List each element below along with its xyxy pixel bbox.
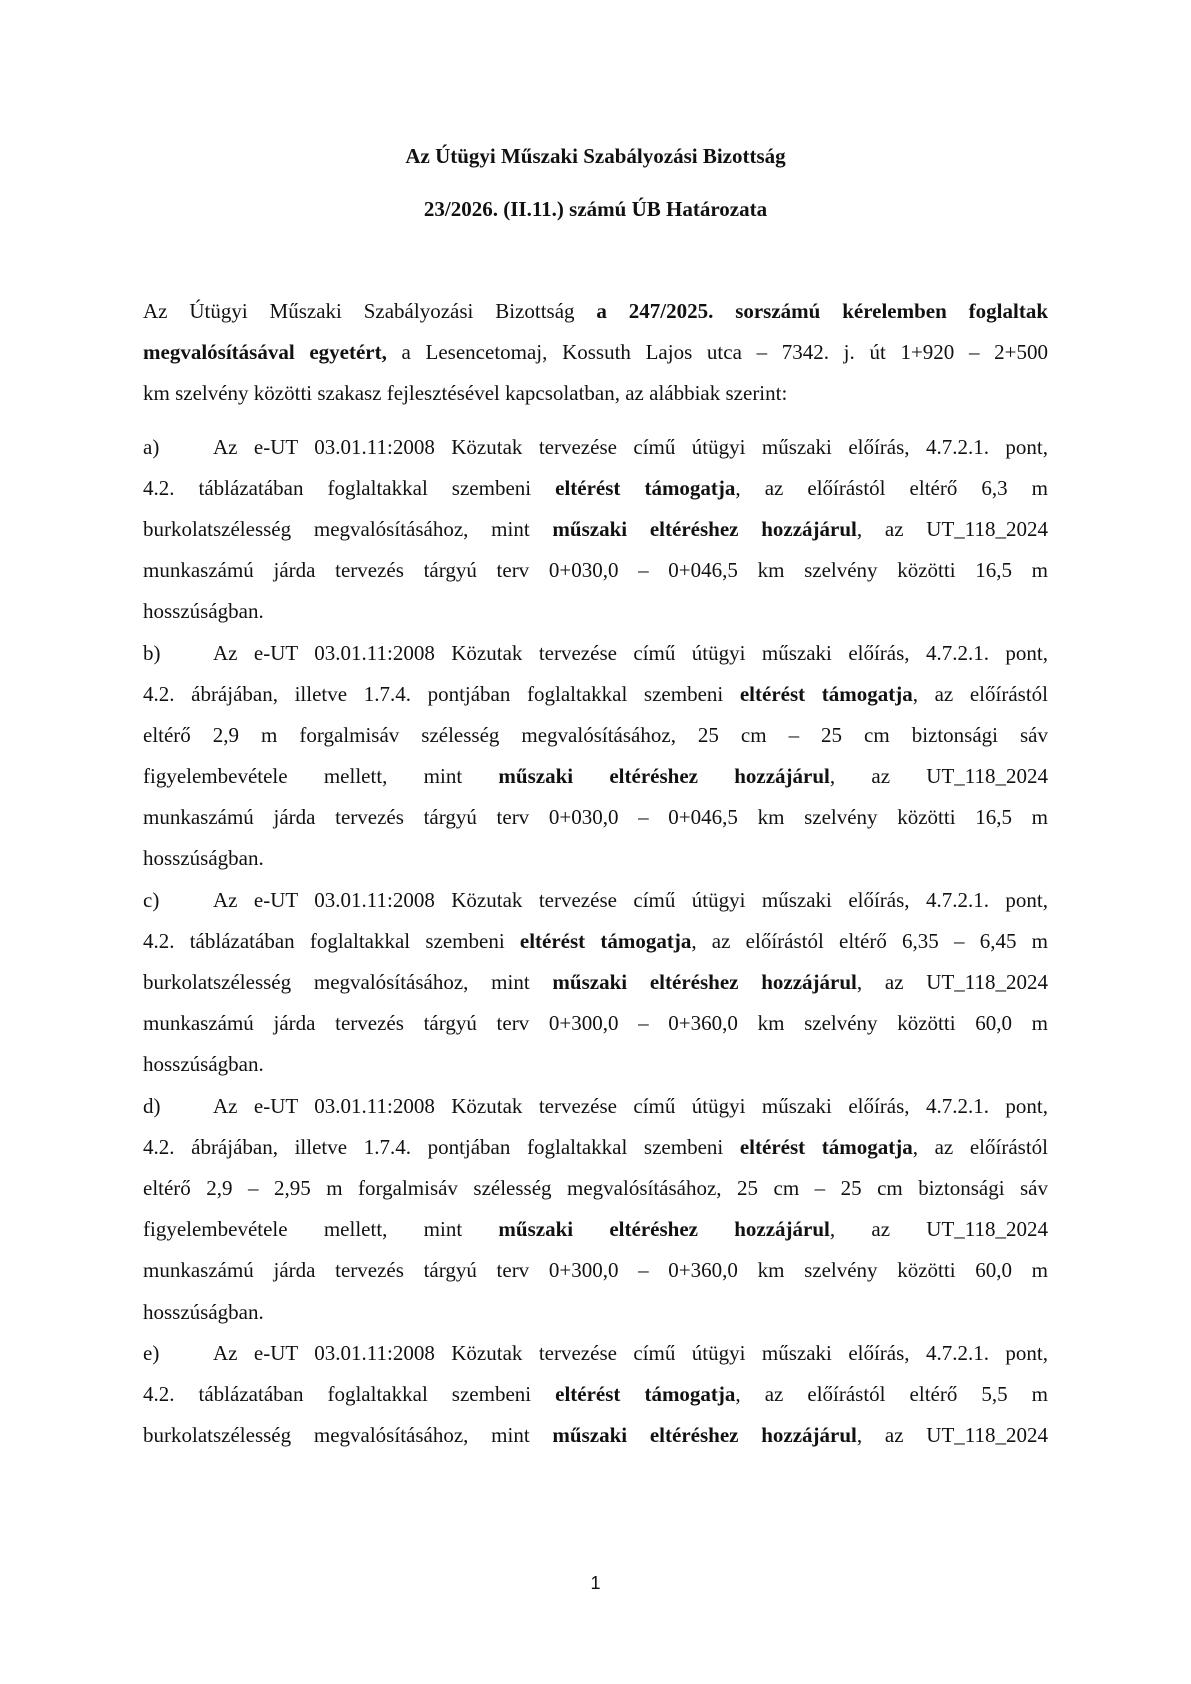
text: 4.2. táblázatában foglaltakkal szembeni: [143, 929, 520, 953]
text: 4.2. ábrájában, illetve 1.7.4. pontjában…: [143, 682, 740, 706]
text: burkolatszélesség megvalósításához, mint: [143, 970, 552, 994]
text-line: munkaszámú járda tervezés tárgyú terv 0+…: [143, 555, 1048, 596]
item-label: a): [143, 432, 213, 462]
text: figyelembevétele mellett, mint: [143, 1217, 498, 1241]
item-label: d): [143, 1091, 213, 1121]
text-line: eltérő 2,9 m forgalmisáv szélesség megva…: [143, 720, 1048, 761]
item-label: e): [143, 1338, 213, 1368]
text: figyelembevétele mellett, mint: [143, 764, 498, 788]
text: , az UT_118_2024: [857, 517, 1048, 541]
resolution-item-b: b)Az e-UT 03.01.11:2008 Közutak tervezés…: [143, 638, 1048, 885]
text-line: a)Az e-UT 03.01.11:2008 Közutak tervezés…: [143, 432, 1048, 473]
text-line: 4.2. táblázatában foglaltakkal szembeni …: [143, 473, 1048, 514]
text-line: burkolatszélesség megvalósításához, mint…: [143, 1420, 1048, 1461]
text-line: e)Az e-UT 03.01.11:2008 Közutak tervezés…: [143, 1338, 1048, 1379]
bold-text: eltérést támogatja: [740, 1135, 913, 1159]
text: hosszúságban.: [143, 1300, 264, 1324]
item-label: c): [143, 885, 213, 915]
resolution-item-c: c)Az e-UT 03.01.11:2008 Közutak tervezés…: [143, 885, 1048, 1091]
bold-text: a 247/2025. sorszámú kérelemben foglalta…: [596, 299, 1048, 323]
text-line: munkaszámú járda tervezés tárgyú terv 0+…: [143, 1008, 1048, 1049]
text: Az Útügyi Műszaki Szabályozási Bizottság: [143, 299, 596, 323]
text: eltérő 2,9 – 2,95 m forgalmisáv szélessé…: [143, 1176, 1048, 1200]
document-page: Az Útügyi Műszaki Szabályozási Bizottság…: [0, 0, 1191, 1684]
page-number: 1: [0, 1573, 1191, 1594]
text: hosszúságban.: [143, 846, 264, 870]
resolution-item-d: d)Az e-UT 03.01.11:2008 Közutak tervezés…: [143, 1091, 1048, 1338]
text-line: d)Az e-UT 03.01.11:2008 Közutak tervezés…: [143, 1091, 1048, 1132]
text: munkaszámú járda tervezés tárgyú terv 0+…: [143, 558, 1048, 582]
text-line: c)Az e-UT 03.01.11:2008 Közutak tervezés…: [143, 885, 1048, 926]
bold-text: műszaki eltéréshez hozzájárul: [498, 764, 829, 788]
intro-paragraph: Az Útügyi Műszaki Szabályozási Bizottság…: [143, 296, 1048, 420]
text: , az előírástól eltérő 6,35 – 6,45 m: [691, 929, 1048, 953]
text-line: hosszúságban.: [143, 1297, 1048, 1338]
bold-text: műszaki eltéréshez hozzájárul: [552, 517, 856, 541]
item-label: b): [143, 638, 213, 668]
text-line: hosszúságban.: [143, 596, 1048, 637]
bold-text: műszaki eltéréshez hozzájárul: [552, 1423, 856, 1447]
text: , az UT_118_2024: [857, 970, 1048, 994]
text: , az előírástól eltérő 5,5 m: [735, 1382, 1048, 1406]
bold-text: megvalósításával egyetért,: [143, 340, 387, 364]
text: hosszúságban.: [143, 1052, 264, 1076]
bold-text: műszaki eltéréshez hozzájárul: [498, 1217, 829, 1241]
text: Az e-UT 03.01.11:2008 Közutak tervezése …: [213, 435, 1048, 459]
text: , az UT_118_2024: [830, 1217, 1048, 1241]
text: eltérő 2,9 m forgalmisáv szélesség megva…: [143, 723, 1048, 747]
text-line: munkaszámú járda tervezés tárgyú terv 0+…: [143, 1255, 1048, 1296]
text: , az előírástól: [913, 1135, 1048, 1159]
text: Az e-UT 03.01.11:2008 Közutak tervezése …: [213, 1341, 1048, 1365]
document-body: Az Útügyi Műszaki Szabályozási Bizottság…: [143, 296, 1048, 1461]
text-line: burkolatszélesség megvalósításához, mint…: [143, 514, 1048, 555]
text-line: km szelvény közötti szakasz fejlesztésév…: [143, 378, 1048, 419]
text-line: hosszúságban.: [143, 843, 1048, 884]
text-line: burkolatszélesség megvalósításához, mint…: [143, 967, 1048, 1008]
text: munkaszámú járda tervezés tárgyú terv 0+…: [143, 805, 1048, 829]
text: a Lesencetomaj, Kossuth Lajos utca – 734…: [387, 340, 1048, 364]
bold-text: eltérést támogatja: [555, 476, 735, 500]
text: hosszúságban.: [143, 599, 264, 623]
text: 4.2. táblázatában foglaltakkal szembeni: [143, 476, 555, 500]
resolution-item-e: e)Az e-UT 03.01.11:2008 Közutak tervezés…: [143, 1338, 1048, 1462]
text: 4.2. táblázatában foglaltakkal szembeni: [143, 1382, 555, 1406]
text-line: 4.2. táblázatában foglaltakkal szembeni …: [143, 926, 1048, 967]
text-line: 4.2. ábrájában, illetve 1.7.4. pontjában…: [143, 1132, 1048, 1173]
text: munkaszámú járda tervezés tárgyú terv 0+…: [143, 1258, 1048, 1282]
text: Az e-UT 03.01.11:2008 Közutak tervezése …: [213, 888, 1048, 912]
text: burkolatszélesség megvalósításához, mint: [143, 1423, 552, 1447]
bold-text: műszaki eltéréshez hozzájárul: [552, 970, 856, 994]
text-line: megvalósításával egyetért, a Lesencetoma…: [143, 337, 1048, 378]
text: , az UT_118_2024: [857, 1423, 1048, 1447]
text: Az e-UT 03.01.11:2008 Közutak tervezése …: [213, 1094, 1048, 1118]
resolution-item-a: a)Az e-UT 03.01.11:2008 Közutak tervezés…: [143, 432, 1048, 638]
bold-text: eltérést támogatja: [555, 1382, 735, 1406]
text: Az e-UT 03.01.11:2008 Közutak tervezése …: [213, 641, 1048, 665]
text-line: Az Útügyi Műszaki Szabályozási Bizottság…: [143, 296, 1048, 337]
text-line: figyelembevétele mellett, mint műszaki e…: [143, 1214, 1048, 1255]
text-line: b)Az e-UT 03.01.11:2008 Közutak tervezés…: [143, 638, 1048, 679]
text: , az előírástól: [913, 682, 1048, 706]
text: km szelvény közötti szakasz fejlesztésév…: [143, 381, 787, 405]
text-line: 4.2. táblázatában foglaltakkal szembeni …: [143, 1379, 1048, 1420]
text: , az előírástól eltérő 6,3 m: [735, 476, 1048, 500]
text-line: figyelembevétele mellett, mint műszaki e…: [143, 761, 1048, 802]
text: , az UT_118_2024: [830, 764, 1048, 788]
bold-text: eltérést támogatja: [520, 929, 691, 953]
text: burkolatszélesség megvalósításához, mint: [143, 517, 552, 541]
text-line: hosszúságban.: [143, 1049, 1048, 1090]
document-title: Az Útügyi Műszaki Szabályozási Bizottság: [0, 141, 1191, 171]
text-line: munkaszámú járda tervezés tárgyú terv 0+…: [143, 802, 1048, 843]
bold-text: eltérést támogatja: [740, 682, 913, 706]
text: munkaszámú járda tervezés tárgyú terv 0+…: [143, 1011, 1048, 1035]
resolution-number: 23/2026. (II.11.) számú ÚB Határozata: [0, 194, 1191, 224]
text-line: 4.2. ábrájában, illetve 1.7.4. pontjában…: [143, 679, 1048, 720]
text: 4.2. ábrájában, illetve 1.7.4. pontjában…: [143, 1135, 740, 1159]
text-line: eltérő 2,9 – 2,95 m forgalmisáv szélessé…: [143, 1173, 1048, 1214]
